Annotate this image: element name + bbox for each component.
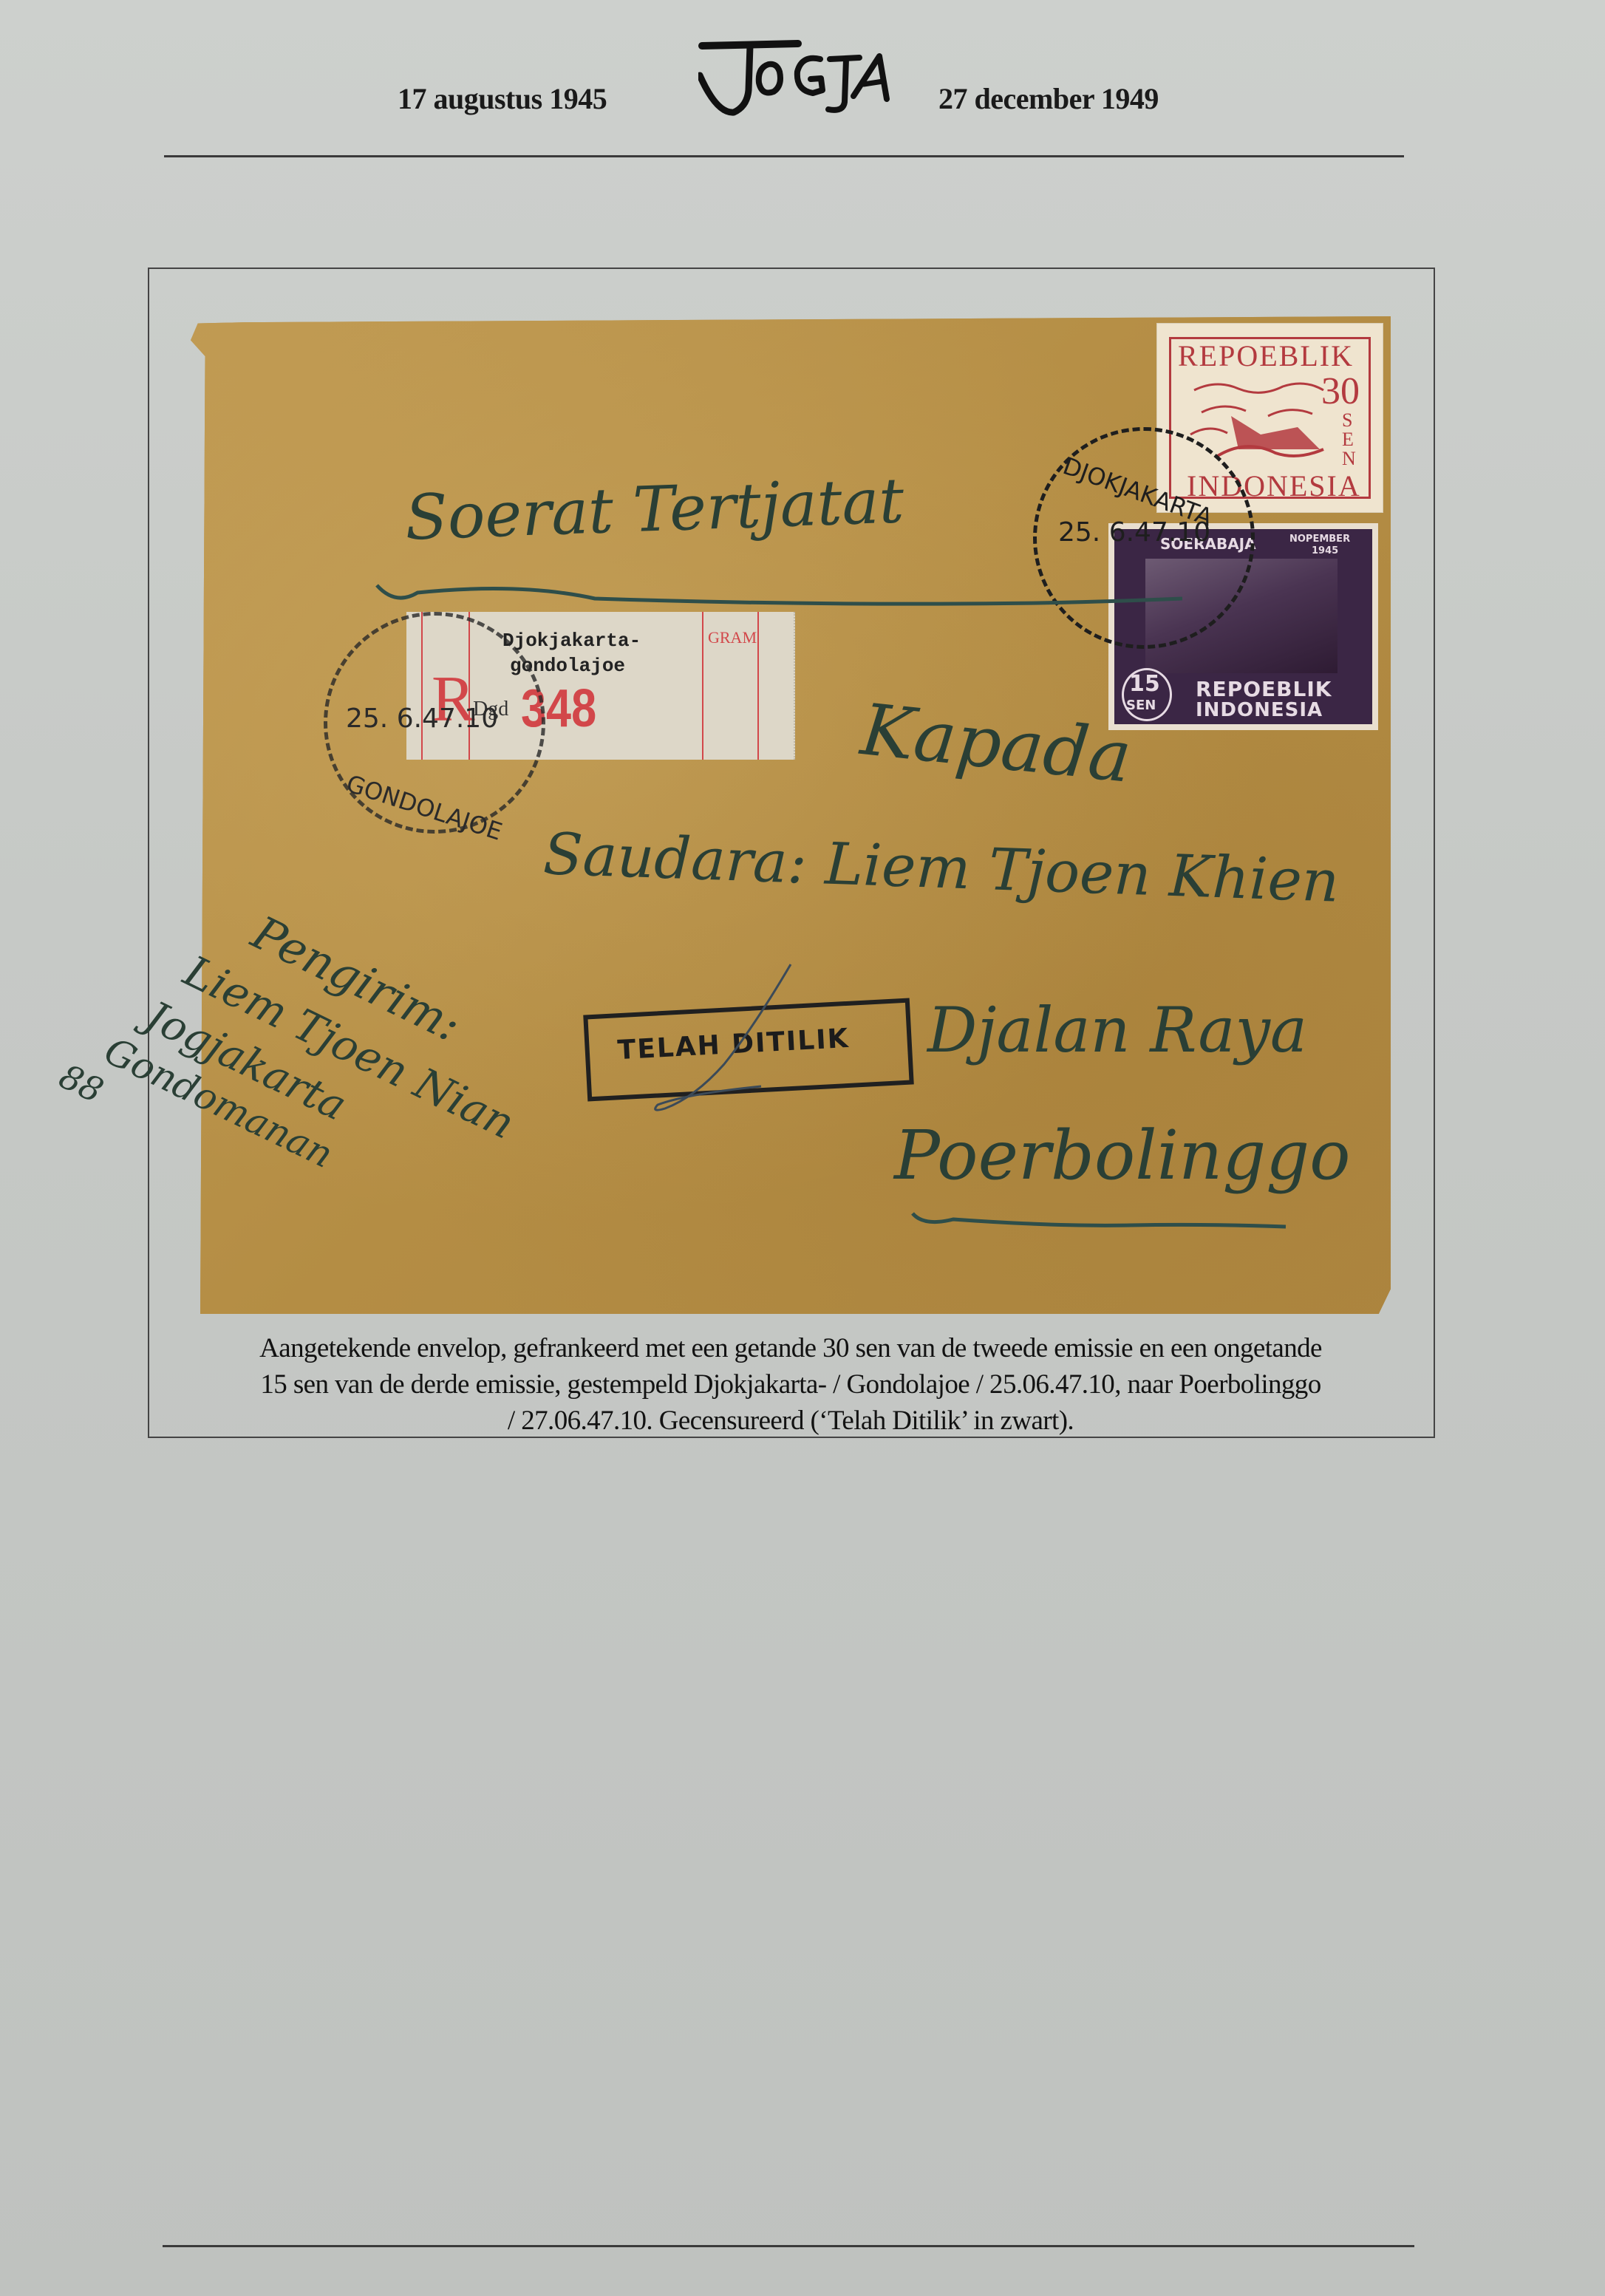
- caption-line-3: / 27.06.47.10. Gecensureerd (‘Telah Diti…: [151, 1403, 1430, 1439]
- city-underline-stroke: [909, 1205, 1293, 1241]
- stamp-top-text: REPOEBLIK: [1178, 338, 1354, 373]
- header-rule: [164, 155, 1404, 157]
- jogja-logo: [698, 38, 924, 116]
- stamp-unit: SEN: [1126, 698, 1156, 713]
- handwritten-city: Poerbolinggo: [894, 1116, 1351, 1195]
- caption-line-2: 15 sen van de derde emissie, gestempeld …: [151, 1366, 1430, 1403]
- footer-rule: [163, 2245, 1414, 2247]
- header-date-end: 27 december 1949: [938, 81, 1159, 116]
- registration-office-1: Djokjakarta-: [502, 630, 641, 652]
- jogja-logo-icon: [698, 38, 924, 116]
- underline-stroke: [373, 576, 1186, 621]
- caption: Aangetekende envelop, gefrankeerd met ee…: [151, 1330, 1430, 1439]
- postmark-date: 25. 6.47.10: [346, 704, 498, 734]
- registration-weight-label: GRAM: [708, 628, 757, 647]
- stamp-bottom-text-1: REPOEBLIK: [1196, 677, 1332, 701]
- stamp-unit: SEN: [1342, 411, 1357, 469]
- stamp-date-year: 1945: [1312, 545, 1338, 556]
- caption-line-1: Aangetekende envelop, gefrankeerd met ee…: [151, 1330, 1430, 1366]
- stamp-bottom-text-2: INDONESIA: [1196, 699, 1323, 721]
- pen-scribble: [635, 961, 813, 1123]
- stamp-date-text: NOPEMBER: [1289, 534, 1350, 545]
- stamp-value: 15: [1129, 671, 1160, 697]
- header-date-start: 17 augustus 1945: [398, 81, 607, 116]
- handwritten-street: Djalan Raya: [927, 994, 1307, 1066]
